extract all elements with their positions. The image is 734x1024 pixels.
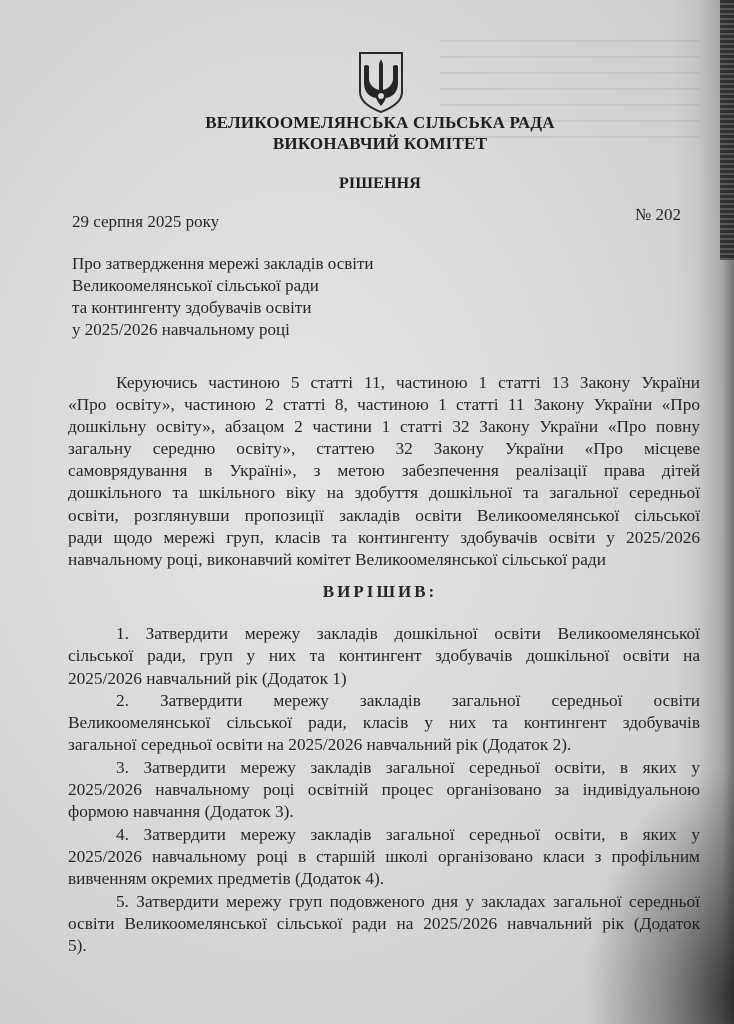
- item-line: освіти Великоомелянської сільської ради …: [68, 913, 700, 935]
- item-line: 5).: [68, 935, 700, 957]
- coat-of-arms-icon: [356, 50, 406, 114]
- item-line: 5. Затвердити мережу груп подовженого дн…: [68, 891, 700, 913]
- subject-line: Великоомелянської сільської ради: [72, 275, 374, 297]
- resolution-item-3: 3. Затвердити мережу закладів загальної …: [68, 757, 700, 824]
- resolution-item-4: 4. Затвердити мережу закладів загальної …: [68, 824, 700, 891]
- document-type: РІШЕННЯ: [0, 175, 734, 193]
- item-line: 2025/2026 навчальному році в старшій шко…: [68, 846, 700, 868]
- council-name: ВЕЛИКООМЕЛЯНСЬКА СІЛЬСЬКА РАДА: [0, 113, 734, 133]
- item-line: Великоомелянської сільської ради, класів…: [68, 712, 700, 734]
- preamble-line: освіти, розглянувши пропозиції закладів …: [68, 505, 700, 527]
- item-line: 4. Затвердити мережу закладів загальної …: [68, 824, 700, 846]
- preamble-line: дошкільну освіту», абзацом 2 частини 1 с…: [68, 416, 700, 438]
- committee-name: ВИКОНАВЧИЙ КОМІТЕТ: [0, 134, 734, 154]
- resolution-item-2: 2. Затвердити мережу закладів загальної …: [68, 690, 700, 757]
- item-line: 1. Затвердити мережу закладів дошкільної…: [68, 623, 700, 645]
- item-line: 3. Затвердити мережу закладів загальної …: [68, 757, 700, 779]
- document-subject: Про затвердження мережі закладів освіти …: [72, 253, 374, 341]
- preamble-line: ради щодо мережі груп, класів та континг…: [68, 527, 700, 549]
- preamble-line: «Про освіту», частиною 2 статті 8, части…: [68, 394, 700, 416]
- item-line: вивченням окремих предметів (Додаток 4).: [68, 868, 700, 890]
- subject-line: у 2025/2026 навчальному році: [72, 319, 374, 341]
- preamble-line: навчальному році, виконавчий комітет Вел…: [68, 549, 700, 571]
- resolution-item-5: 5. Затвердити мережу груп подовженого дн…: [68, 891, 700, 958]
- preamble-line: Керуючись частиною 5 статті 11, частиною…: [68, 372, 700, 394]
- item-line: сільської ради, груп у них та контингент…: [68, 645, 700, 667]
- document-page: ВЕЛИКООМЕЛЯНСЬКА СІЛЬСЬКА РАДА ВИКОНАВЧИ…: [0, 0, 734, 1024]
- subject-line: Про затвердження мережі закладів освіти: [72, 253, 374, 275]
- resolution-items: 1. Затвердити мережу закладів дошкільної…: [68, 623, 700, 957]
- item-line: 2025/2026 навчальний рік (Додаток 1): [68, 668, 700, 690]
- resolution-item-1: 1. Затвердити мережу закладів дошкільної…: [68, 623, 700, 690]
- preamble-line: загальну середню освіту», статтею 32 Зак…: [68, 438, 700, 460]
- document-number: № 202: [635, 205, 681, 225]
- item-line: формою навчання (Додаток 3).: [68, 801, 700, 823]
- binder-edge: [720, 0, 734, 260]
- document-date: 29 серпня 2025 року: [72, 212, 219, 232]
- preamble-line: дошкільного та шкільного віку на здобутт…: [68, 482, 700, 504]
- preamble-paragraph: Керуючись частиною 5 статті 11, частиною…: [68, 372, 700, 571]
- item-line: 2025/2026 навчальному році освітній проц…: [68, 779, 700, 801]
- resolved-heading: ВИРІШИВ:: [0, 582, 734, 602]
- preamble-line: самоврядування в Україні», з метою забез…: [68, 460, 700, 482]
- subject-line: та контингенту здобувачів освіти: [72, 297, 374, 319]
- item-line: загальної середньої освіти на 2025/2026 …: [68, 734, 700, 756]
- item-line: 2. Затвердити мережу закладів загальної …: [68, 690, 700, 712]
